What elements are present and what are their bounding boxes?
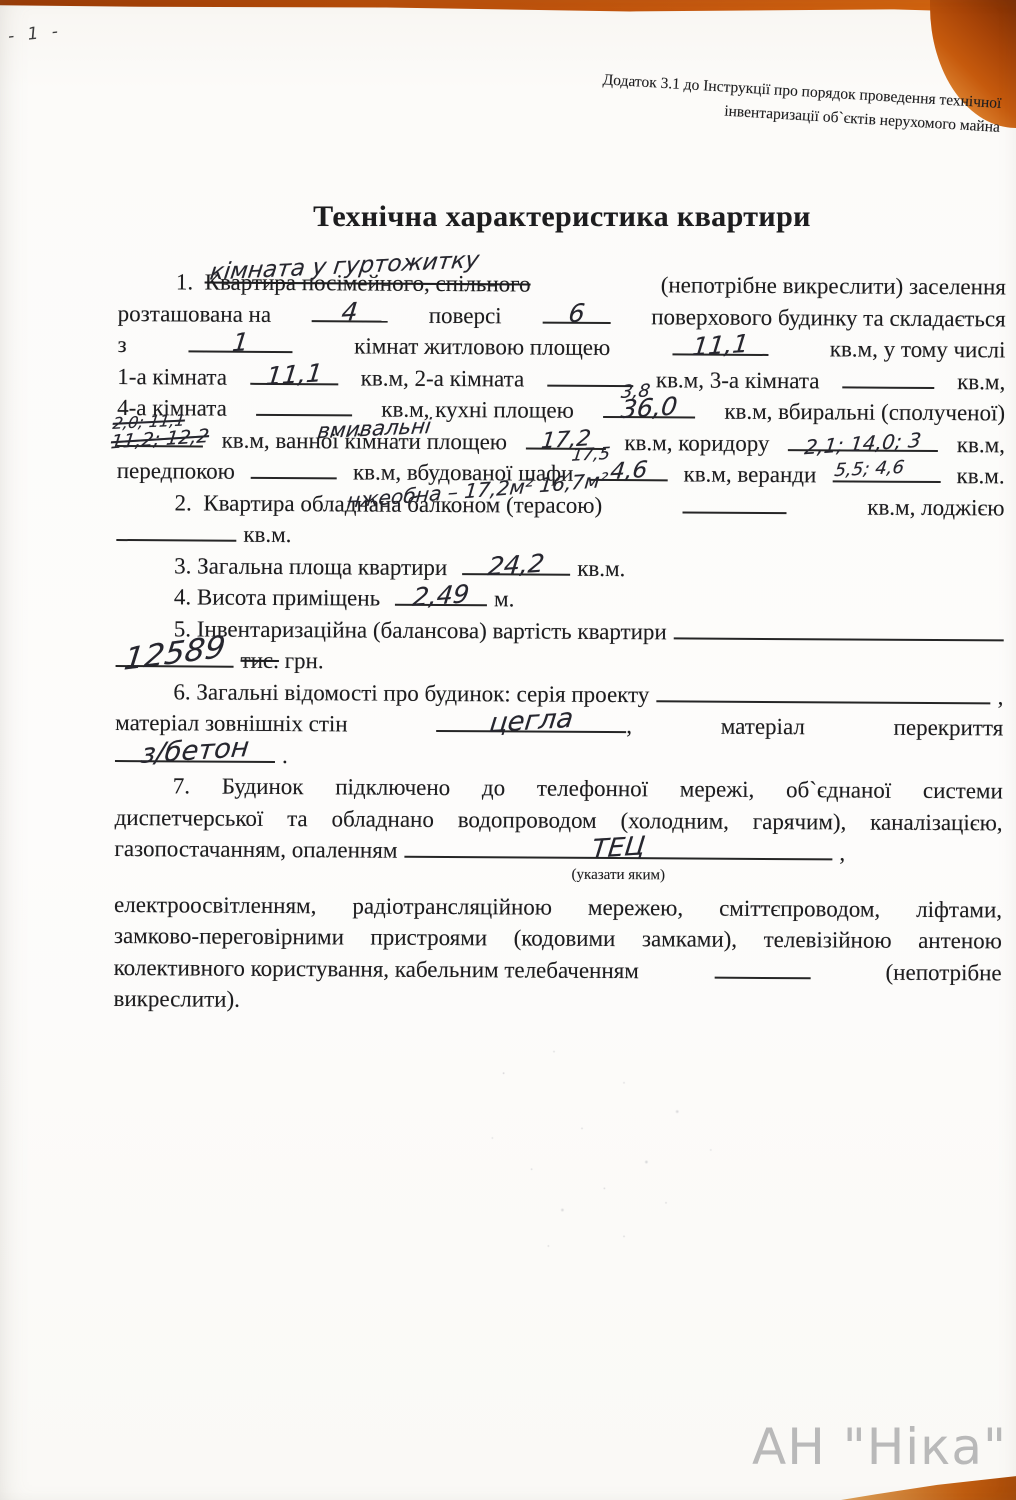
handwritten-room1-area: 11,1 — [264, 360, 323, 388]
label-cable-tv: колективного користування, кабельним тел… — [114, 951, 639, 986]
handwritten-living-area: 11,1 — [691, 331, 750, 359]
room2-area-field — [547, 380, 633, 387]
series-field — [656, 696, 990, 704]
p8-line-3: колективного користування, кабельним тел… — [114, 951, 1002, 988]
label-loggia: кв.м, лоджією — [867, 491, 1004, 523]
p1-line-6: 2,0; 11,1 11,2; 12,2 вмивальні кв.м, ван… — [117, 423, 1005, 460]
handwritten-ceiling-material: з/бетон — [140, 734, 251, 768]
label-total-area: Загальна площа квартири — [197, 553, 447, 580]
p7-line-1: 7. Будинок підключено до телефонної мере… — [115, 770, 1003, 807]
paragraph-8: електроосвітленням, радіотрансляційною м… — [113, 888, 1002, 1019]
inventory-value-field: 12589 — [116, 661, 234, 668]
handwritten-height: 2,49 — [412, 581, 471, 609]
p7-text-1: Будинок підключено до телефонної мережі,… — [222, 774, 1003, 804]
total-area-field: 24,2 — [462, 569, 570, 576]
label-height: Висота приміщень — [197, 584, 380, 610]
rooms-count-field: 1 — [188, 346, 292, 353]
agency-watermark: АН "Ніка" — [752, 1418, 1007, 1476]
p6-dot: . — [282, 740, 288, 772]
room4-area-field — [256, 410, 352, 417]
label-storey: поверсі — [429, 299, 502, 331]
struck-thousand: тис. — [241, 648, 279, 673]
handwritten-total-area: 24,2 — [487, 550, 546, 578]
label-inventory-value: Інвентаризаційна (балансова) вартість кв… — [197, 616, 667, 644]
handwritten-closet-note: 17,5 — [570, 446, 610, 465]
document-header-note: Додаток 3.1 до Інструкції про порядок пр… — [530, 64, 1002, 140]
p8-line-4: викреслити). — [113, 983, 1001, 1020]
handwritten-storeys: 6 — [567, 300, 586, 326]
label-material: матеріал — [721, 711, 805, 743]
corridor-area-field: 2,1; 14,0; 3 — [788, 445, 938, 452]
handwritten-corridor-values: 2,1; 14,0; 3 — [804, 429, 923, 456]
label-unnecessary: (непотрібне — [885, 956, 1001, 988]
handwritten-veranda-values: 5,5; 4,6 — [833, 459, 905, 480]
label-hryvnia: грн. — [285, 648, 324, 673]
label-sqm-5: кв.м. — [577, 552, 625, 584]
label-located-on: розташована на — [118, 297, 272, 329]
label-m: м. — [494, 583, 515, 615]
p2-number: 2. — [174, 490, 191, 515]
hall-area-field — [251, 473, 337, 480]
label-sqm-1: кв.м, — [957, 366, 1005, 398]
ceiling-material-field: з/бетон — [115, 755, 275, 762]
label-series: Загальні відомості про будинок: серія пр… — [196, 679, 649, 707]
room1-area-field: 11,1 — [250, 378, 338, 385]
p7-comma: , — [839, 837, 845, 869]
storeys-field: 6 — [542, 317, 610, 323]
label-room-3: кв.м, 3-а кімната — [656, 364, 820, 396]
height-field: 2,49 — [395, 600, 487, 607]
label-sqm-4: кв.м. — [243, 519, 291, 551]
handwritten-page-number: - 1 - — [7, 21, 63, 47]
label-wc: кв.м, вбиральні (сполученої) — [724, 396, 1005, 429]
label-heating: газопостачанням, опаленням — [114, 833, 397, 866]
walls-material-field: цегла — [436, 726, 626, 733]
kitchen-area-field: 3,8 36,0 — [603, 412, 695, 419]
value-field-lead — [674, 633, 1004, 641]
cable-tv-field — [714, 972, 810, 979]
balcony-area-field — [683, 507, 787, 514]
paragraph-5: 5. Інвентаризаційна (балансова) вартість… — [115, 612, 1003, 680]
handwritten-rooms-count: 1 — [231, 329, 250, 355]
heating-field: ТЕЦ (указати яким) — [404, 852, 832, 861]
handwritten-kitchen-area: 36,0 — [620, 394, 679, 422]
p6-comma-2: , — [626, 713, 632, 738]
p6-comma-1: , — [998, 681, 1004, 713]
p7-number: 7. — [173, 773, 190, 798]
label-sqm-3: кв.м. — [956, 460, 1004, 492]
p6-number: 6. — [173, 679, 190, 704]
paragraph-2: 2. нжеобна – 17,2м² 16,7м² Квартира обла… — [116, 486, 1004, 554]
label-of: з — [117, 329, 126, 361]
veranda-area-field: 5,5; 4,6 — [832, 476, 940, 483]
handwritten-wc-values: 11,2; 12,2 — [110, 427, 210, 452]
label-living-area: кімнат житловою площею — [354, 330, 610, 363]
paragraph-6: 6. Загальні відомості про будинок: серія… — [115, 675, 1004, 775]
handwritten-floor: 4 — [341, 298, 360, 324]
label-hall: передпокою — [117, 455, 235, 487]
label-veranda: кв.м, веранди — [683, 458, 816, 490]
paragraph-1: 1. кімната у гуртожитку Квартира посімей… — [117, 266, 1006, 492]
label-cross-out: викреслити). — [113, 983, 240, 1015]
book-edge-top — [0, 0, 1016, 13]
living-area-field: 11,1 — [672, 349, 768, 356]
wc-area-field: 2,0; 11,1 11,2; 12,2 — [117, 440, 203, 447]
handwritten-closet-area: 4,6 — [609, 459, 649, 484]
label-building: поверхового будинку та складається — [651, 301, 1006, 335]
book-edge-bottom-right-corner — [841, 1474, 1016, 1500]
p1-number: 1. — [176, 269, 193, 294]
form-body: 1. кімната у гуртожитку Квартира посімей… — [113, 266, 1006, 1020]
p7-line-3: газопостачанням, опаленням ТЕЦ (указати … — [114, 833, 1002, 870]
p1-rest: (непотрібне викреслити) заселення — [661, 269, 1006, 303]
label-sqm-2: кв.м, — [957, 429, 1005, 461]
paragraph-7: 7. Будинок підключено до телефонної мере… — [114, 770, 1003, 870]
label-including: кв.м, у тому числі — [830, 333, 1006, 366]
p3-number: 3. — [174, 553, 191, 578]
label-corridor: кв.м, коридору — [624, 427, 769, 459]
hint-specify-which: (указати яким) — [571, 860, 665, 892]
handwritten-walls-material: цегла — [488, 705, 575, 737]
p1-line-2: розташована на 4 поверсі 6 поверхового б… — [118, 297, 1006, 334]
document-title: Технічна характеристика квартири — [118, 200, 1006, 234]
faint-stamp — [470, 1030, 750, 1270]
loggia-area-field — [116, 535, 236, 542]
handwritten-bath-note: вмивальні — [316, 416, 432, 442]
label-room-1: 1-а кімната — [117, 360, 227, 392]
label-room-2: кв.м, 2-а кімната — [361, 362, 525, 394]
handwritten-heating: ТЕЦ — [590, 833, 646, 862]
label-ceiling: перекриття — [894, 712, 1004, 744]
scanned-document-page: - 1 - Додаток 3.1 до Інструкції про поря… — [0, 0, 1016, 1500]
p4-number: 4. — [174, 584, 191, 609]
floor-field: 4 — [312, 316, 388, 322]
room3-area-field — [842, 382, 934, 389]
